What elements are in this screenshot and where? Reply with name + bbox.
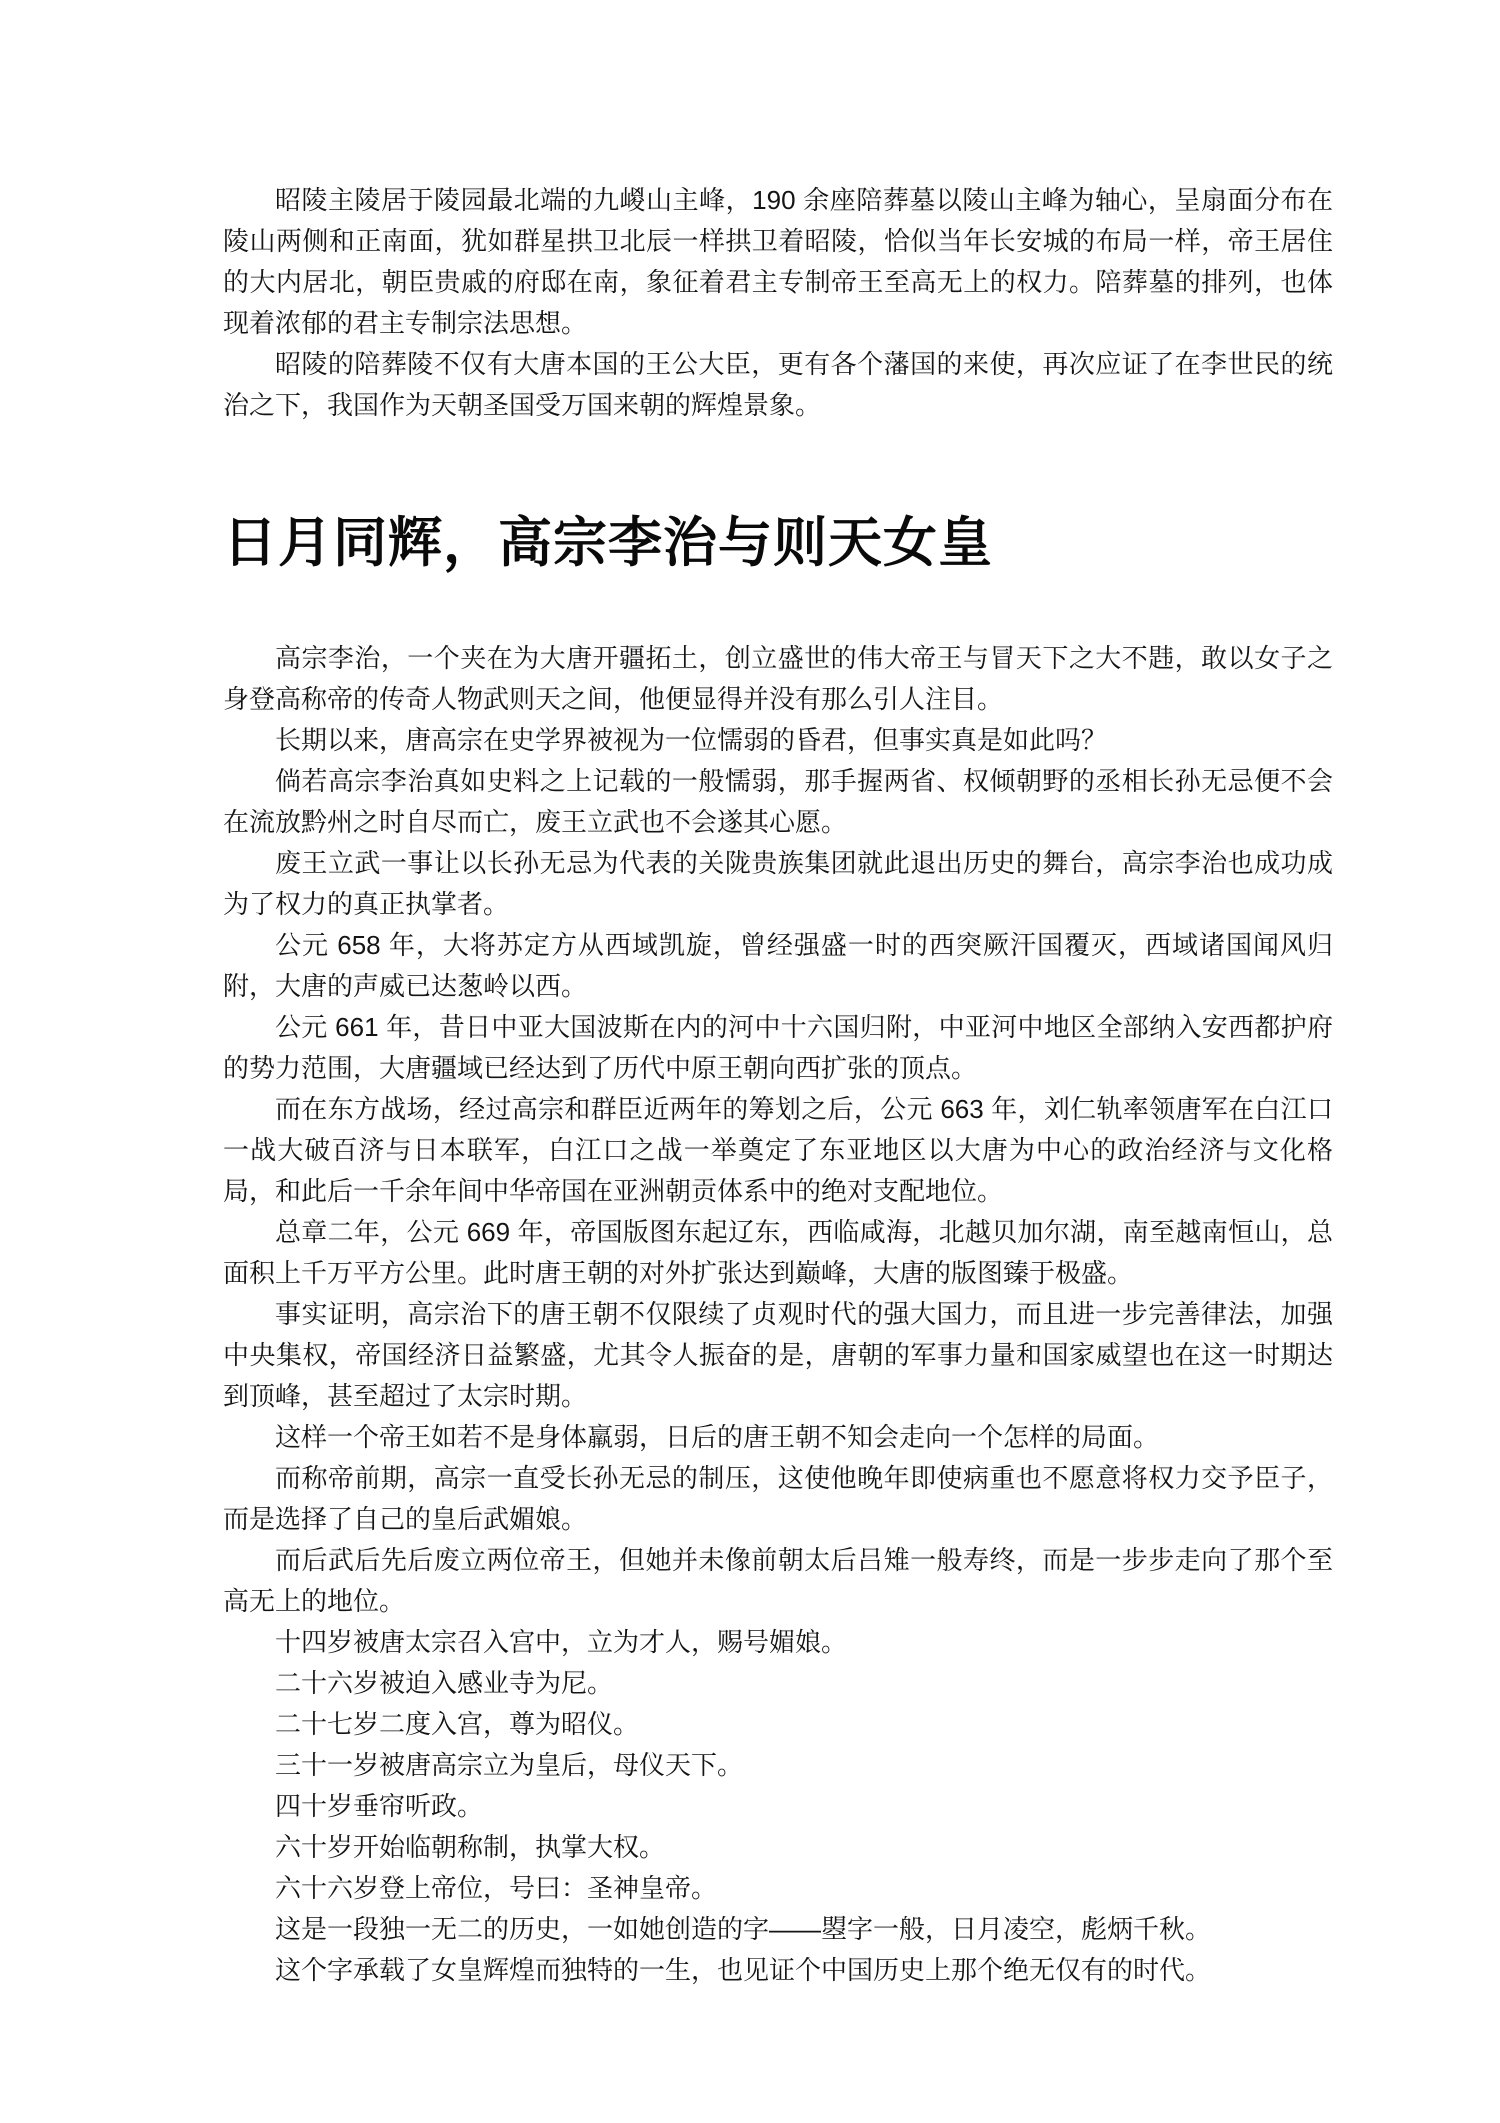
body-paragraph: 事实证明，高宗治下的唐王朝不仅限续了贞观时代的强大国力，而且进一步完善律法，加强… <box>223 1294 1333 1417</box>
intro-paragraph: 昭陵的陪葬陵不仅有大唐本国的王公大臣，更有各个藩国的来使，再次应证了在李世民的统… <box>223 344 1333 426</box>
body-paragraph: 总章二年，公元 669 年，帝国版图东起辽东，西临咸海，北越贝加尔湖，南至越南恒… <box>223 1212 1333 1294</box>
body-paragraph: 这是一段独一无二的历史，一如她创造的字——曌字一般，日月凌空，彪炳千秋。 <box>223 1909 1333 1950</box>
body-paragraph: 这个字承载了女皇辉煌而独特的一生，也见证个中国历史上那个绝无仅有的时代。 <box>223 1950 1333 1991</box>
body-paragraph: 六十岁开始临朝称制，执掌大权。 <box>223 1827 1333 1868</box>
document-content: 昭陵主陵居于陵园最北端的九嵕山主峰，190 余座陪葬墓以陵山主峰为轴心，呈扇面分… <box>223 180 1333 1991</box>
section-heading: 日月同辉，高宗李治与则天女皇 <box>223 510 1333 576</box>
body-paragraph: 二十六岁被迫入感业寺为尼。 <box>223 1663 1333 1704</box>
body-paragraph: 废王立武一事让以长孙无忌为代表的关陇贵族集团就此退出历史的舞台，高宗李治也成功成… <box>223 843 1333 925</box>
body-paragraph: 倘若高宗李治真如史料之上记载的一般懦弱，那手握两省、权倾朝野的丞相长孙无忌便不会… <box>223 761 1333 843</box>
body-paragraph: 而称帝前期，高宗一直受长孙无忌的制压，这使他晚年即使病重也不愿意将权力交予臣子，… <box>223 1458 1333 1540</box>
body-paragraph: 六十六岁登上帝位，号曰：圣神皇帝。 <box>223 1868 1333 1909</box>
body-paragraph: 四十岁垂帘听政。 <box>223 1786 1333 1827</box>
body-paragraph: 而在东方战场，经过高宗和群臣近两年的筹划之后，公元 663 年，刘仁轨率领唐军在… <box>223 1089 1333 1212</box>
body-paragraph: 公元 658 年，大将苏定方从西域凯旋，曾经强盛一时的西突厥汗国覆灭，西域诸国闻… <box>223 925 1333 1007</box>
body-paragraph: 二十七岁二度入宫，尊为昭仪。 <box>223 1704 1333 1745</box>
body-paragraph: 而后武后先后废立两位帝王，但她并未像前朝太后吕雉一般寿终，而是一步步走向了那个至… <box>223 1540 1333 1622</box>
body-paragraph: 这样一个帝王如若不是身体羸弱，日后的唐王朝不知会走向一个怎样的局面。 <box>223 1417 1333 1458</box>
body-paragraph: 三十一岁被唐高宗立为皇后，母仪天下。 <box>223 1745 1333 1786</box>
body-paragraph: 公元 661 年，昔日中亚大国波斯在内的河中十六国归附，中亚河中地区全部纳入安西… <box>223 1007 1333 1089</box>
document-page: 昭陵主陵居于陵园最北端的九嵕山主峰，190 余座陪葬墓以陵山主峰为轴心，呈扇面分… <box>0 0 1500 2123</box>
body-paragraph: 长期以来，唐高宗在史学界被视为一位懦弱的昏君，但事实真是如此吗？ <box>223 720 1333 761</box>
body-paragraph: 高宗李治，一个夹在为大唐开疆拓土，创立盛世的伟大帝王与冒天下之大不韪，敢以女子之… <box>223 638 1333 720</box>
intro-paragraph: 昭陵主陵居于陵园最北端的九嵕山主峰，190 余座陪葬墓以陵山主峰为轴心，呈扇面分… <box>223 180 1333 344</box>
body-paragraph: 十四岁被唐太宗召入宫中，立为才人，赐号媚娘。 <box>223 1622 1333 1663</box>
